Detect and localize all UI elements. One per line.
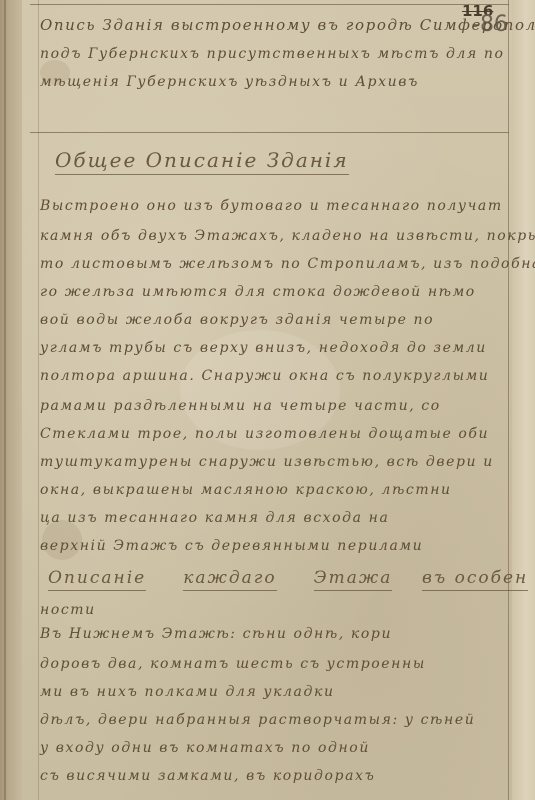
body-line: доровъ два, комнатъ шесть съ устроенны [40,656,426,672]
header-line-2: подъ Губернскихъ присутственныхъ мѣстъ д… [40,46,505,62]
section2-title-word: въ особен [422,568,528,591]
header-line-3: мѣщенiя Губернскихъ уѣздныхъ и Архивъ [40,74,419,90]
right-margin-line [508,0,509,800]
body-line: то листовымъ желѣзомъ по Стропиламъ, изъ… [40,256,535,272]
section2-title-word: Описанiе [48,568,146,591]
body-line: ми въ нихъ полками для укладки [40,684,335,700]
body-line: полтора аршина. Снаружи окна съ полукруг… [40,368,489,384]
section-divider-line [30,132,509,133]
document-page: 116 -86 Опись Зданiя выстроенному въ гор… [0,0,535,800]
body-line: верхнiй Этажъ съ деревянными перилами [40,538,423,554]
section-title-each-floor: Описанiе каждаго Этажа въ особен [48,568,528,588]
body-line: у входу одни въ комнатахъ по одной [40,740,370,756]
body-line: Стеклами трое, полы изготовлены дощатые … [40,426,489,442]
section2-title-word: Этажа [314,568,393,591]
header-line-1: Опись Зданiя выстроенному въ городѣ Симф… [40,16,535,34]
page-edge [512,0,535,800]
body-line: рамами раздѣленными на четыре части, со [40,398,441,414]
binding-shadow [4,0,6,800]
section-title-general-description: Общее Описанiе Зданiя [55,148,349,172]
left-margin-line [38,0,39,800]
body-line: вой воды желоба вокругъ зданiя четыре по [40,312,434,328]
top-ruled-line [30,4,509,5]
body-line: дѣлъ, двери набранныя растворчатыя: у сѣ… [40,712,475,728]
section2-title-continuation: ности [40,602,96,618]
section-title-text: Общее Описанiе Зданiя [55,148,349,175]
body-line: угламъ трубы съ верху внизъ, недоходя до… [40,340,487,356]
body-line: камня объ двухъ Этажахъ, кладено на извѣ… [40,228,535,244]
body-line: Въ Нижнемъ Этажѣ: сѣни однѣ, кори [40,626,392,642]
body-line: съ висячими замками, въ коридорахъ [40,768,375,784]
body-line: го желѣза имѣются для стока дождевой нѣм… [40,284,476,300]
section2-title-word: каждаго [183,568,276,591]
body-line: туштукатурены снаружи извѣстью, всѣ двер… [40,454,494,470]
body-line: Выстроено оно изъ бутоваго и тесаннаго п… [40,198,503,214]
body-line: ца изъ тесаннаго камня для всхода на [40,510,389,526]
body-line: окна, выкрашены масляною краскою, лѣстни [40,482,452,498]
